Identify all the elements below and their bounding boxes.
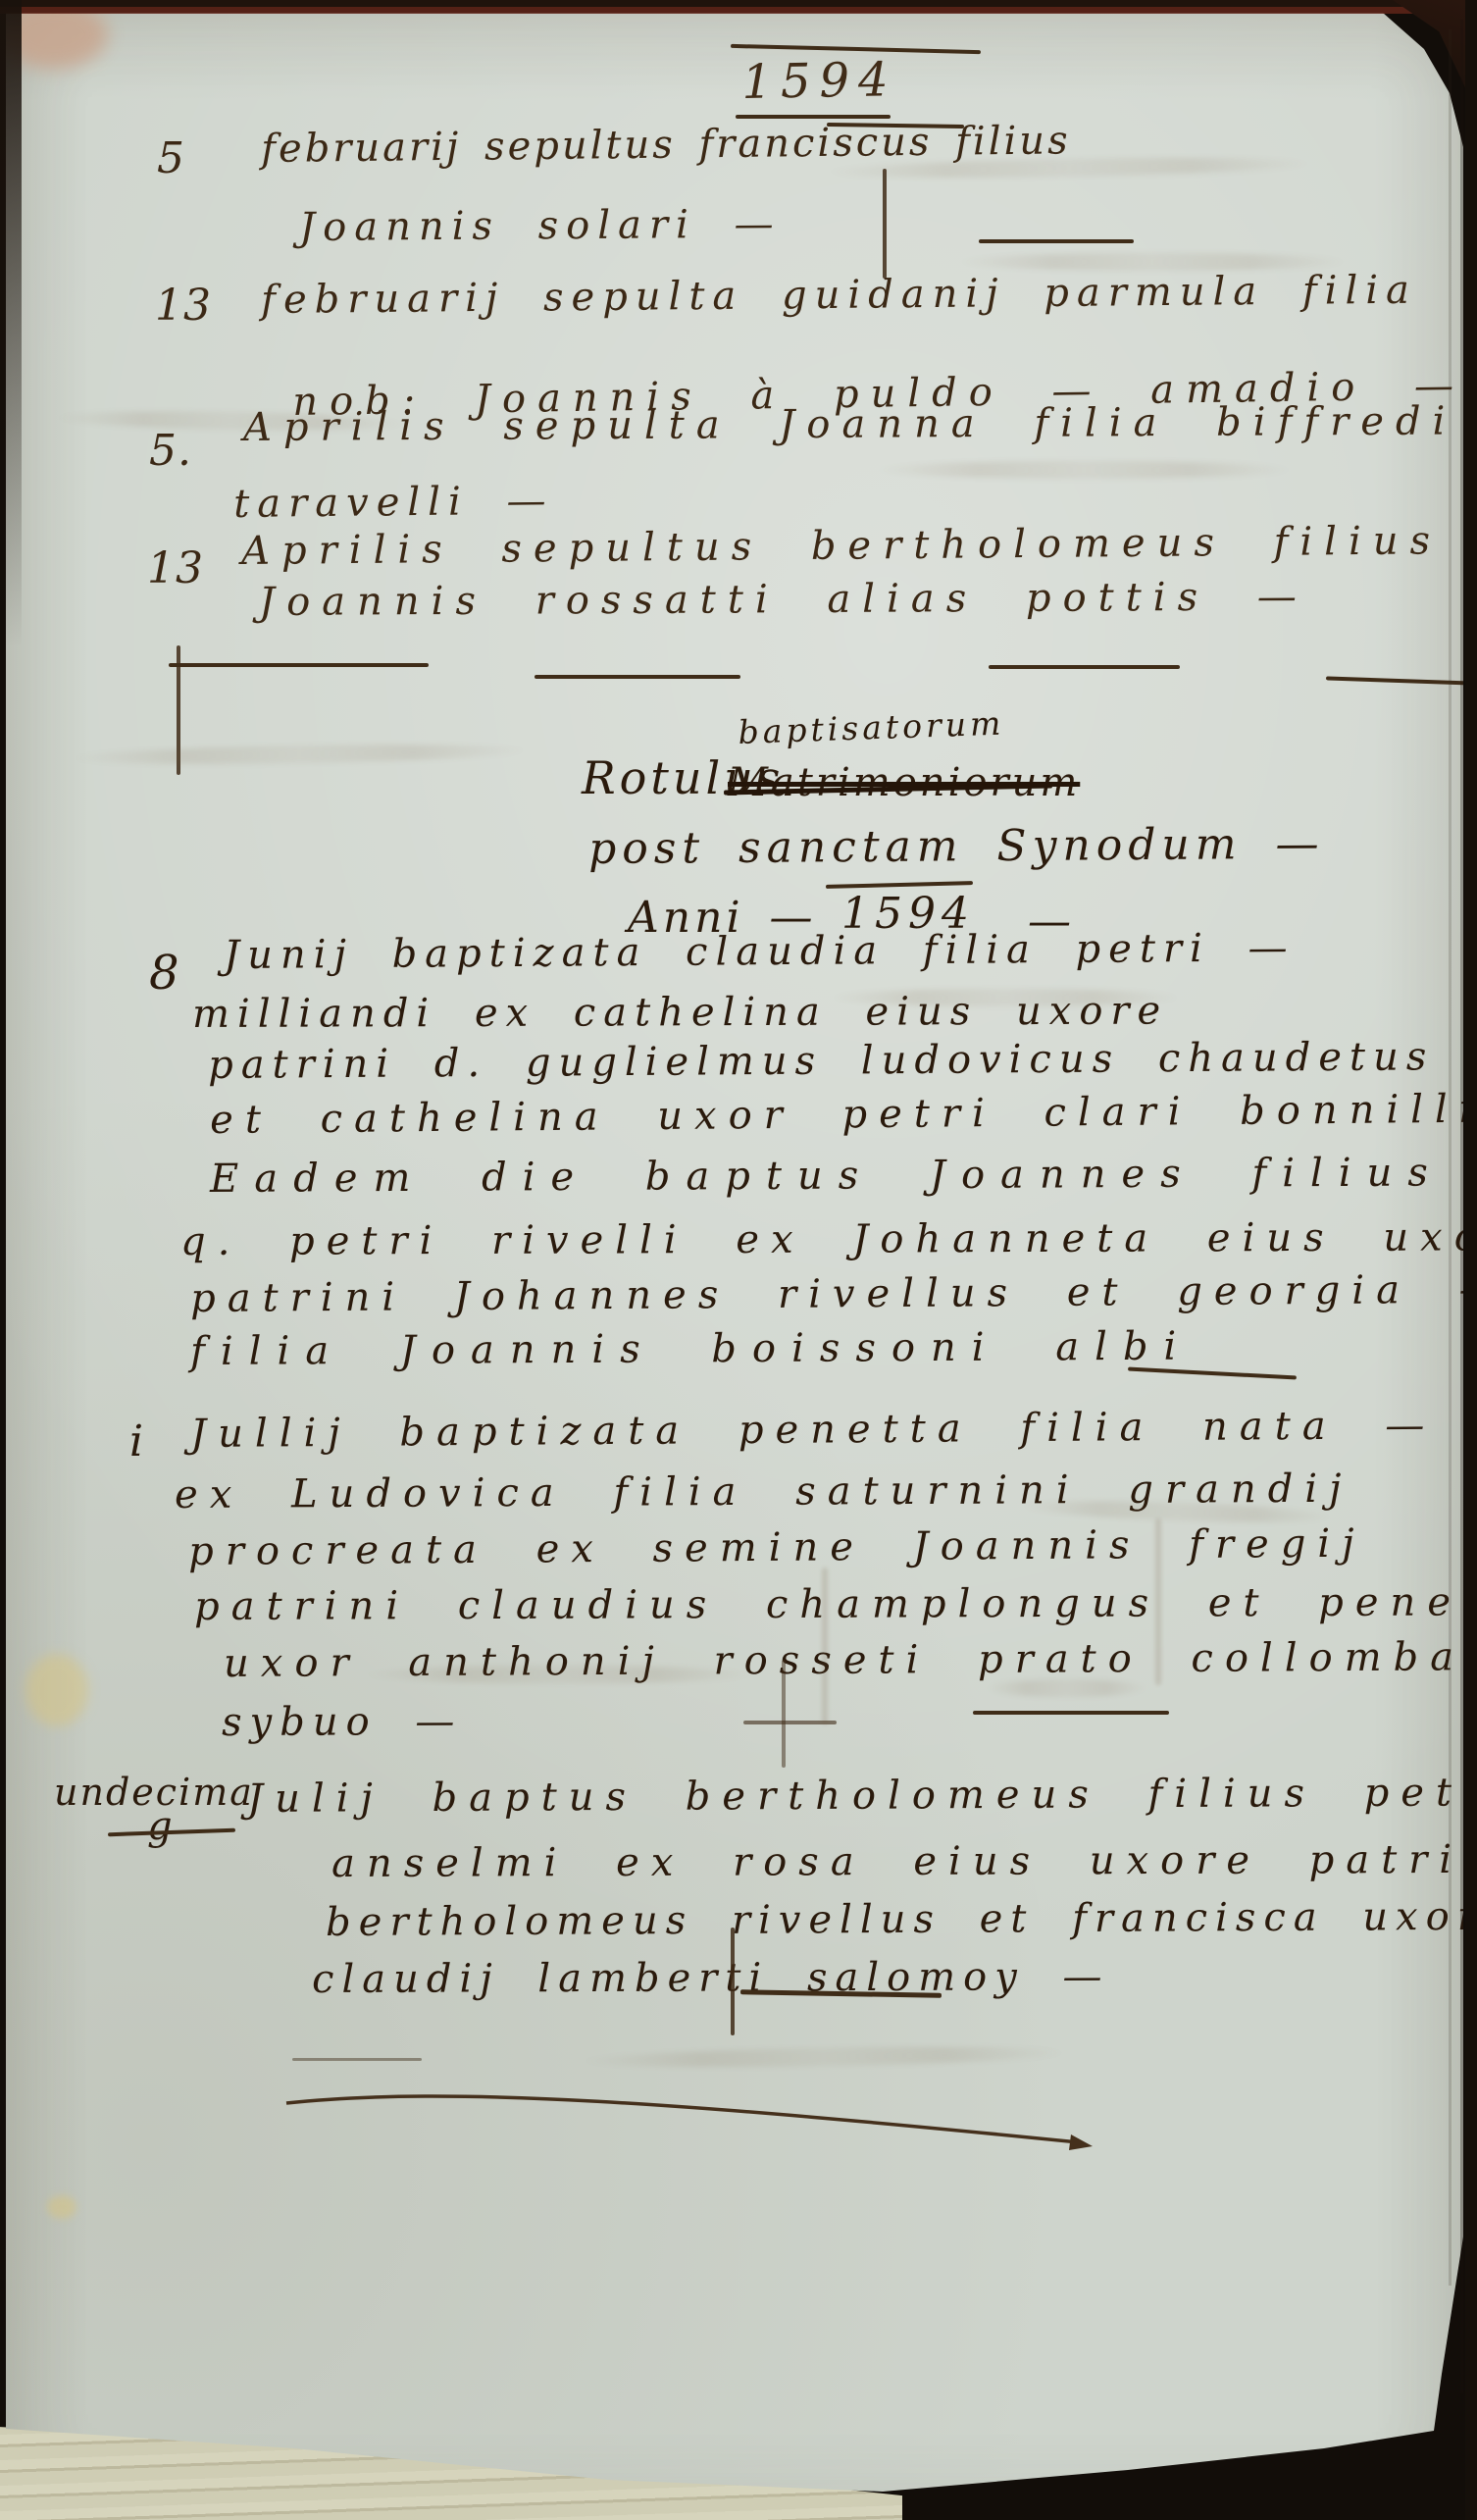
ink-bleed-mark [829,989,1182,1006]
entry-day: 13 [155,284,212,328]
ink-bleed-mark [579,2044,1069,2071]
entry-day: i [129,1420,144,1464]
ink-bleed-mark [956,253,1349,271]
register-line: Jullij baptizata penetta filia nata — [190,1406,1436,1454]
right-page-block-edge [1465,0,1477,2520]
register-line: bertholomeus rivellus et francisca uxor [326,1897,1477,1942]
divider-dash [989,665,1180,669]
paper-stain [47,2195,76,2219]
ink-bleed-mark [363,1666,755,1683]
register-line: claudij lamberti salomoy — [312,1957,1110,1999]
title-underline-1 [736,115,891,119]
line-filler-dash [973,1711,1169,1715]
register-line: filia Joannis boissoni albi [190,1327,1192,1371]
paper-stain [25,1654,88,1726]
register-line: Joannis rossatti alias pottis — [259,577,1308,622]
faint-line [292,2058,422,2061]
register-line: sybuo — [222,1702,462,1742]
register-line: q. petri rivelli ex Johanneta eius uxore [180,1217,1477,1261]
ink-bleed-mark [986,1679,1147,1697]
register-line: Aprilis sepulta Joanna filia biffredi [243,402,1456,447]
year-overline [826,881,973,889]
register-line: patrini claudius champlongus et peneta [194,1582,1477,1626]
page-crease [1449,29,1452,2286]
entry-day: 13 [147,547,204,591]
heading-line2: post sanctam Synodum — [588,823,1325,871]
stray-stroke [782,1660,786,1768]
binding-maroon-line [0,7,1477,14]
register-line: patrini Johannes rivellus et georgia — [190,1270,1477,1318]
register-line: Junij baptizata claudia filia petri — [224,928,1296,975]
register-line: Eadem die baptus Joannes filius — [210,1153,1477,1199]
register-line: anselmi ex rosa eius uxore patrini [331,1840,1477,1883]
year-title: 1594 [741,56,897,106]
ink-bleed-mark [873,461,1295,479]
entry-day: 8 [149,950,180,997]
divider-dash [169,663,429,667]
closing-flourish-line [275,2078,1118,2166]
heading-inserted-word: baptisatorum [738,707,1005,748]
flourish-stroke [731,1928,735,2035]
ink-bleed-mark [1155,1518,1161,1685]
register-line: procreata ex semine Joannis fregij [188,1524,1366,1571]
heading-struck-word: Matrimoniorum [728,763,1080,802]
page-crease [1460,20,1463,2393]
register-line: Joannis solari — [299,205,782,247]
register-line: Aprilis sepultus bertholomeus filius [241,521,1442,571]
manuscript-page: 1594 5 februarij sepultus franciscus fil… [0,0,1477,2520]
flourish-tail [1128,1367,1297,1380]
divider-dash [535,675,740,679]
line-filler-dash [979,239,1134,243]
ink-bleed-mark [822,1568,828,1724]
register-line: et cathelina uxor petri clari bonnilli — [210,1089,1477,1140]
left-binding-shadow [0,0,22,647]
entry-day: 5 [157,137,185,180]
register-line: patrini d. guglielmus ludovicus chaudetu… [208,1037,1434,1085]
ink-bleed-mark [69,742,530,767]
entry-day-paraph: g [147,1807,176,1846]
register-line: Julij baptus bertholomeus filius petri [247,1773,1477,1819]
register-line: februarij sepulta guidanij parmula filia [261,271,1417,320]
line-filler-stroke [883,169,887,279]
entry-day: 5. [149,430,192,473]
register-line: taravelli — [233,482,554,524]
